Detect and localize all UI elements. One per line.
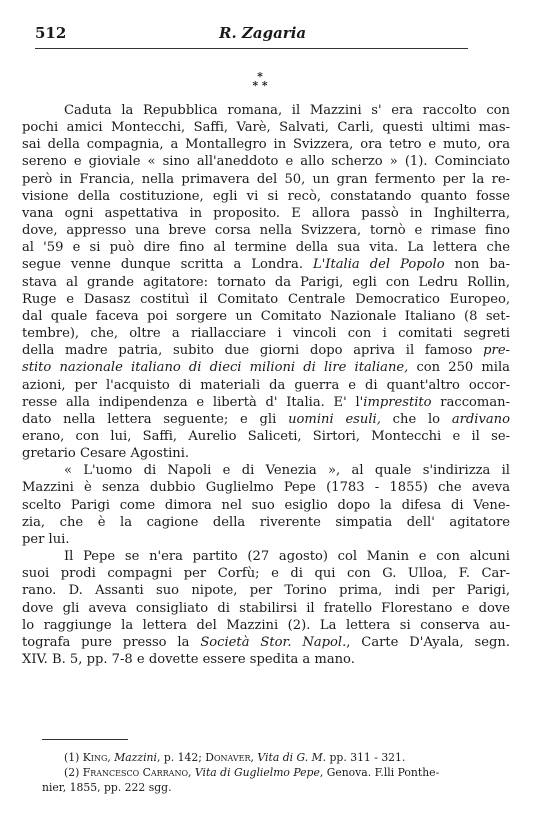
footnote-author: Donaver <box>205 751 250 764</box>
footnote-2-continuation: nier, 1855, pp. 222 sgg. <box>42 780 477 795</box>
footnote-text: , Genova. F.lli Ponthe- <box>320 766 439 779</box>
footnote-author: King <box>83 751 108 764</box>
footnote-rule <box>42 739 128 740</box>
footnote-text: , p. 142; <box>157 751 205 764</box>
footnote-title: Vita di Guglielmo Pepe <box>195 766 320 779</box>
text-line: vana ogni aspettativa in proposito. E al… <box>22 205 510 222</box>
text-line: visione della costituzione, egli vi si r… <box>22 188 510 205</box>
text-line: « L'uomo di Napoli e di Venezia », al qu… <box>22 462 510 479</box>
text-line: erano, con lui, Saffi, Aurelio Saliceti,… <box>22 428 510 445</box>
page-number: 512 <box>35 24 66 42</box>
text-line: suoi prodi compagni per Corfù; e di qui … <box>22 565 510 582</box>
running-head: R. Zagaria <box>219 24 306 42</box>
text-line: sai della compagnia, a Montallegro in Sv… <box>22 136 510 153</box>
text-line: pochi amici Montecchi, Saffi, Varè, Salv… <box>22 119 510 136</box>
text-line: tembre), che, oltre a riallacciare i vin… <box>22 325 510 342</box>
text-line: azioni, per l'acquisto di materiali da g… <box>22 377 510 394</box>
text-line: XIV. B. 5, pp. 7-8 e dovette essere sped… <box>22 651 510 668</box>
text-line: Ruge e Dasasz costituì il Comitato Centr… <box>22 291 510 308</box>
footnote-title: Vita di G. M. <box>257 751 326 764</box>
asterism-bottom: * * <box>245 81 275 90</box>
text-line: stito nazionale italiano di dieci milion… <box>22 359 510 376</box>
paragraph-2: « L'uomo di Napoli e di Venezia », al qu… <box>22 462 510 548</box>
footnote-author: Francesco Carrano <box>83 766 188 779</box>
text-line: tografa pure presso la Società Stor. Nap… <box>22 634 510 651</box>
text-line: lo raggiunge la lettera del Mazzini (2).… <box>22 617 510 634</box>
text-line: dal quale faceva poi sorgere un Comitato… <box>22 308 510 325</box>
text-line: Caduta la Repubblica romana, il Mazzini … <box>22 102 510 119</box>
footnote-2: (2) Francesco Carrano, Vita di Guglielmo… <box>42 765 477 780</box>
footnote-text: pp. 311 - 321. <box>326 751 405 764</box>
text-line: Mazzini è senza dubbio Guglielmo Pepe (1… <box>22 479 510 496</box>
page-header: 512 R. Zagaria <box>35 22 468 49</box>
text-line: Il Pepe se n'era partito (27 agosto) col… <box>22 548 510 565</box>
body-text: Caduta la Repubblica romana, il Mazzini … <box>22 102 510 668</box>
text-line: gretario Cesare Agostini. <box>22 445 510 462</box>
text-line: stava al grande agitatore: tornato da Pa… <box>22 274 510 291</box>
text-line: sereno e gioviale « sino all'aneddoto e … <box>22 153 510 170</box>
footnote-number: (1) <box>64 751 79 764</box>
text-line: scelto Parigi come dimora nel suo esigli… <box>22 497 510 514</box>
text-line: dove, appresso una breve corsa nella Svi… <box>22 222 510 239</box>
text-line: zia, che è la cagione della riverente si… <box>22 514 510 531</box>
text-line: al '59 e si può dire fino al termine del… <box>22 239 510 256</box>
text-line: per lui. <box>22 531 510 548</box>
footnote-1: (1) King, Mazzini, p. 142; Donaver, Vita… <box>42 750 477 765</box>
footnote-title: Mazzini <box>114 751 157 764</box>
asterism-divider: * * * <box>245 72 275 90</box>
text-line: però in Francia, nella primavera del 50,… <box>22 171 510 188</box>
paragraph-1: Caduta la Repubblica romana, il Mazzini … <box>22 102 510 462</box>
text-line: rano. D. Assanti suo nipote, per Torino … <box>22 582 510 599</box>
paragraph-3: Il Pepe se n'era partito (27 agosto) col… <box>22 548 510 668</box>
text-line: resse alla indipendenza e libertà d' Ita… <box>22 394 510 411</box>
footnotes: (1) King, Mazzini, p. 142; Donaver, Vita… <box>42 750 477 795</box>
text-line: segue venne dunque scritta a Londra. L'I… <box>22 256 510 273</box>
text-line: dato nella lettera seguente; e gli uomin… <box>22 411 510 428</box>
text-line: della madre patria, subito due giorni do… <box>22 342 510 359</box>
text-line: dove gli aveva consigliato di stabilirsi… <box>22 600 510 617</box>
footnote-number: (2) <box>64 766 79 779</box>
